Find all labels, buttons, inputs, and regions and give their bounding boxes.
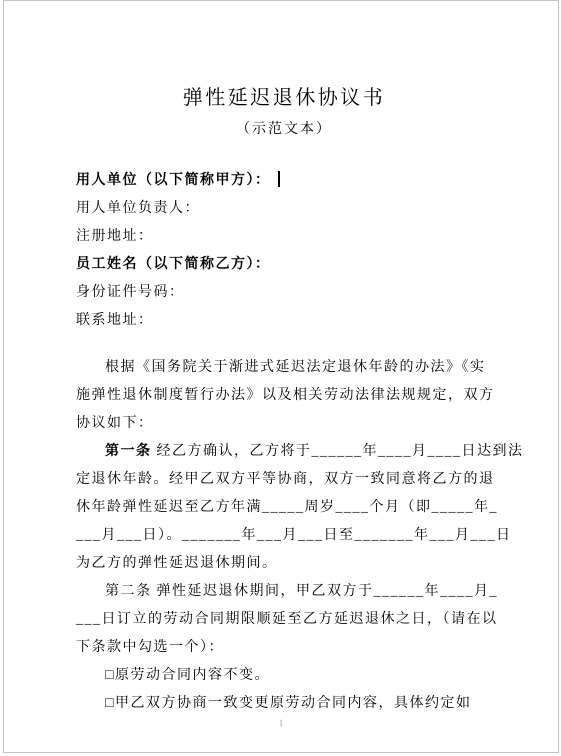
body-line: ___日订立的劳动合同期限顺延至乙方延迟退休之日，（请在以	[76, 606, 492, 634]
text-run: 根据《国务院关于渐进式延迟法定退休年龄的办法》《实	[105, 360, 486, 375]
blank-line	[76, 335, 492, 354]
document-content: 弹性延迟退休协议书 （示范文本） 用人单位（以下简称甲方）：用人单位负责人：注册…	[4, 1, 558, 718]
document-title: 弹性延迟退休协议书	[76, 85, 492, 111]
text-run: 联系地址：	[76, 313, 154, 328]
text-run: 甲乙双方协商一致变更原劳动合同内容，具体约定如	[115, 696, 472, 711]
field-line: 员工姓名（以下简称乙方）：	[76, 251, 492, 279]
body-line: 施弹性退休制度暂行办法》以及相关劳动法律法规规定，双方	[76, 382, 492, 410]
body-line: □甲乙双方协商一致变更原劳动合同内容，具体约定如	[76, 690, 492, 718]
text-run: 注册地址：	[76, 229, 154, 244]
body-line: 第一条 经乙方确认，乙方将于______年____月____日达到法	[76, 438, 492, 466]
text-run: 员工姓名（以下简称乙方）：	[76, 257, 271, 272]
text-run: 身份证件号码：	[76, 285, 185, 300]
text-run: ___日订立的劳动合同期限顺延至乙方延迟退休之日，（请在以	[76, 612, 498, 627]
text-run: ___月___日）。_______年___月___日至_______年___月_…	[76, 528, 512, 543]
text-run: 第二条 弹性延迟退休期间，甲乙双方于______年____月_	[105, 584, 498, 599]
text-cursor	[278, 171, 280, 187]
page-number: 1	[4, 718, 558, 728]
text-run: 施弹性退休制度暂行办法》以及相关劳动法律法规规定，双方	[76, 388, 495, 403]
body-line: 根据《国务院关于渐进式延迟法定退休年龄的办法》《实	[76, 354, 492, 382]
body-line: 为乙方的弹性延迟退休期间。	[76, 550, 492, 578]
text-run: 第一条	[105, 444, 152, 459]
text-run: 为乙方的弹性延迟退休期间。	[76, 556, 278, 571]
body-line: □原劳动合同内容不变。	[76, 662, 492, 690]
text-run: 用人单位负责人：	[76, 201, 200, 216]
field-line: 用人单位负责人：	[76, 195, 492, 223]
field-line: 注册地址：	[76, 223, 492, 251]
document-text-area[interactable]: 用人单位（以下简称甲方）：用人单位负责人：注册地址：员工姓名（以下简称乙方）：身…	[76, 167, 492, 718]
field-line: 联系地址：	[76, 307, 492, 335]
body-line: 协议如下：	[76, 410, 492, 438]
body-line: 休年龄弹性延迟至乙方年满_____周岁____个月（即_____年_	[76, 494, 492, 522]
text-run: 协议如下：	[76, 416, 154, 431]
field-line: 用人单位（以下简称甲方）：	[76, 167, 492, 195]
checkbox-icon[interactable]: □	[105, 668, 115, 683]
field-line: 身份证件号码：	[76, 279, 492, 307]
document-page: 弹性延迟退休协议书 （示范文本） 用人单位（以下简称甲方）：用人单位负责人：注册…	[3, 0, 559, 753]
body-line: 下条款中勾选一个）：	[76, 634, 492, 662]
text-run: 原劳动合同内容不变。	[115, 668, 270, 683]
document-subtitle: （示范文本）	[76, 119, 492, 141]
text-run: 经乙方确认，乙方将于______年____月____日达到法	[152, 444, 524, 459]
text-run: 下条款中勾选一个）：	[76, 640, 224, 655]
text-run: 用人单位（以下简称甲方）：	[76, 173, 271, 188]
text-run: 休年龄弹性延迟至乙方年满_____周岁____个月（即_____年_	[76, 500, 498, 515]
body-line: 定退休年龄。经甲乙双方平等协商，双方一致同意将乙方的退	[76, 466, 492, 494]
checkbox-icon[interactable]: □	[105, 696, 115, 711]
body-line: 第二条 弹性延迟退休期间，甲乙双方于______年____月_	[76, 578, 492, 606]
body-line: ___月___日）。_______年___月___日至_______年___月_…	[76, 522, 492, 550]
text-run: 定退休年龄。经甲乙双方平等协商，双方一致同意将乙方的退	[76, 472, 495, 487]
